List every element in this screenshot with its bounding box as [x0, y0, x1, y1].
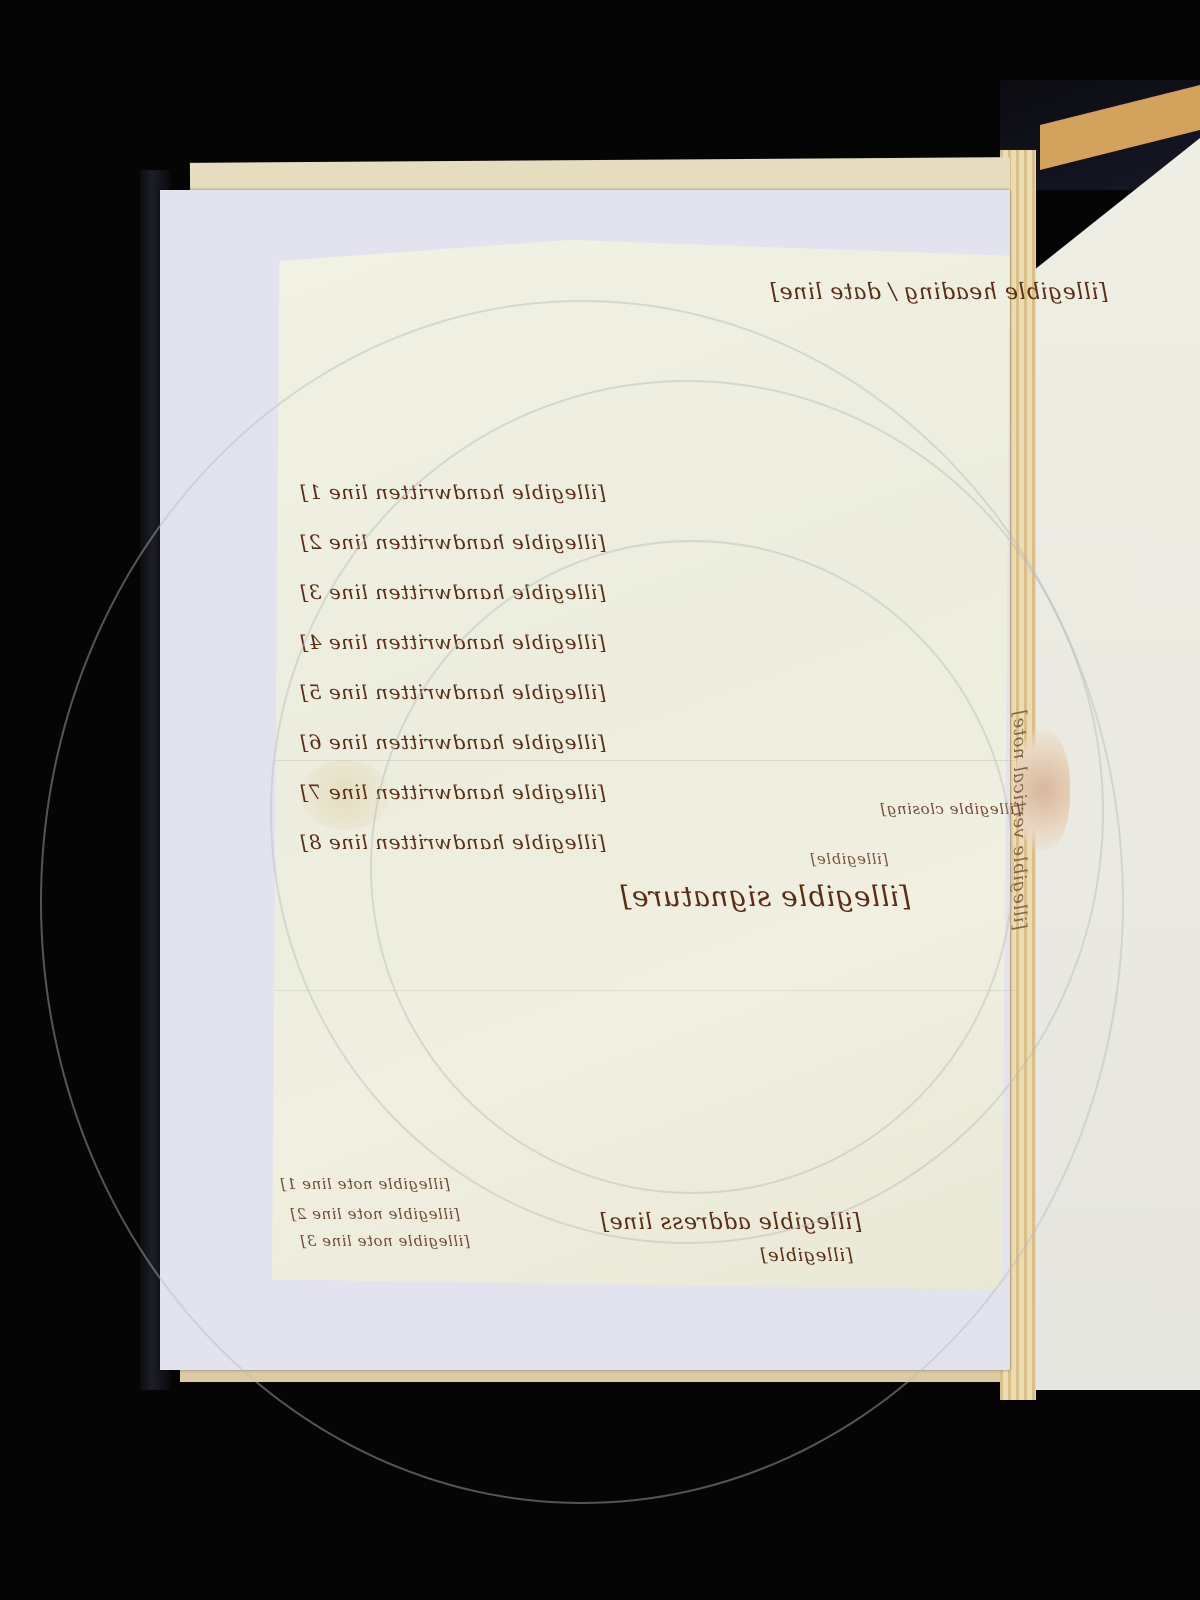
letter-header: [illegible heading / date line]: [770, 280, 1107, 305]
watermark-ring: [370, 540, 1014, 1194]
